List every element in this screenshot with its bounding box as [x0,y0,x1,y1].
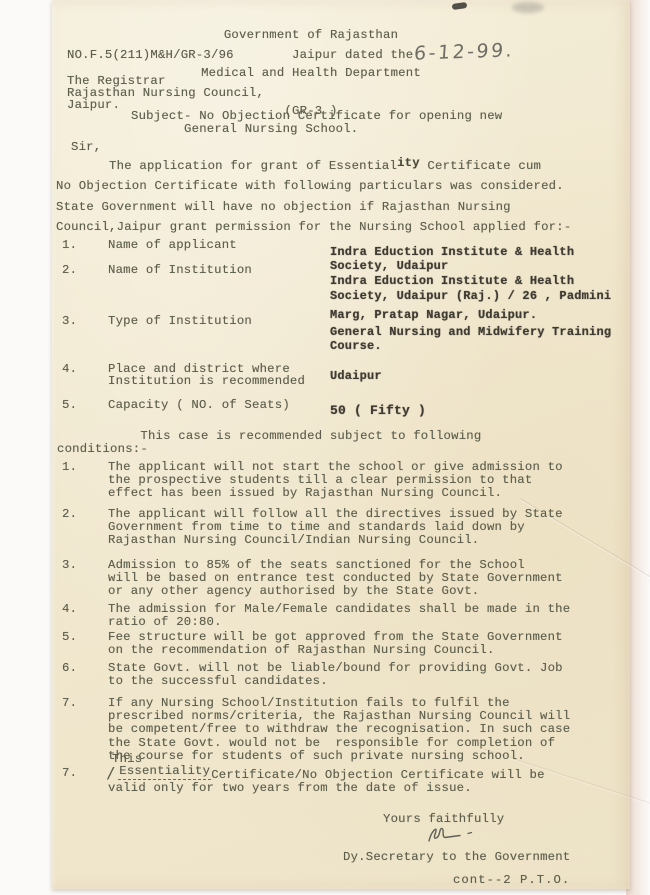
particular-label: Type of Institution [108,315,252,328]
value-applicant-name: Indra Eduction Institute & Health Societ… [330,245,574,273]
signature-scribble [415,824,477,846]
reference-number: NO.F.5(211)M&H/GR-3/96 [67,49,234,62]
salutation: Sir, [71,141,101,154]
condition-text: The applicant will follow all the direct… [108,508,563,548]
condition-text: If any Nursing School/Institution fails … [108,697,570,763]
scanned-letter-page: { "doc": { "header": { "line1": "Governm… [0,0,650,895]
condition-number: 5. [62,631,77,644]
condition-number: 6. [62,662,77,675]
condition-text: The applicant will not start the school … [108,461,563,501]
value-capacity: 50 ( Fifty ) [330,404,426,418]
particular-label: Capacity ( NO. of Seats) [108,399,290,412]
condition-number: 7. [62,767,77,780]
particular-number: 4. [62,363,77,376]
letter-paper: Government of Rajasthan Medical and Heal… [52,0,630,889]
subject-line: Subject- No Objection Certificate for op… [131,110,502,136]
underlined-word: Essentiality [118,764,211,780]
particular-number: 2. [62,264,77,277]
handwritten-date: 6-12-99. [413,39,515,65]
particular-number: 1. [62,239,77,252]
condition-text: State Govt. will not be liable/bound for… [108,662,563,688]
condition-number: 4. [62,603,77,616]
condition-number: 2. [62,508,77,521]
condition-text: Admission to 85% of the seats sanctioned… [108,559,563,599]
value-institution-type: General Nursing and Midwifery Training C… [330,326,611,353]
intro-paragraph: The application for grant of Essentialit… [56,156,571,238]
particular-number: 3. [62,315,77,328]
condition-number: 3. [62,559,77,572]
particular-label: Name of applicant [108,239,237,252]
recommendation-sentence: This case is recommended subject to foll… [57,430,481,456]
value-institution-name: Indra Eduction Institute & Health Societ… [330,274,611,303]
condition-text: Fee structure will be got approved from … [108,631,563,657]
condition-number: 7. [62,697,77,710]
page-continuation: cont--2 P.T.O. [453,874,570,887]
signer-title: Dy.Secretary to the Government [343,851,570,864]
condition-text: The admission for Male/Female candidates… [108,603,570,629]
date-line-label: Jaipur dated the [292,49,413,62]
condition-text: / EssentialityCertificate/No Objection C… [108,767,545,795]
handwritten-slash: / [108,764,118,782]
addressee-block: The Registrar Rajasthan Nursing Council,… [67,76,264,111]
value-place: Udaipur [330,369,382,383]
particular-label: Name of Institution [108,264,252,277]
particular-number: 5. [62,399,77,412]
intro-part1: The application for grant of Essential [56,159,397,173]
condition-number: 1. [62,461,77,474]
value-institution-address: Marg, Pratap Nagar, Udaipur. [330,308,537,322]
signature-icon [415,824,477,846]
particular-label: Place and district where Institution is … [108,363,305,388]
intro-overtype-correction: ity [397,156,420,170]
